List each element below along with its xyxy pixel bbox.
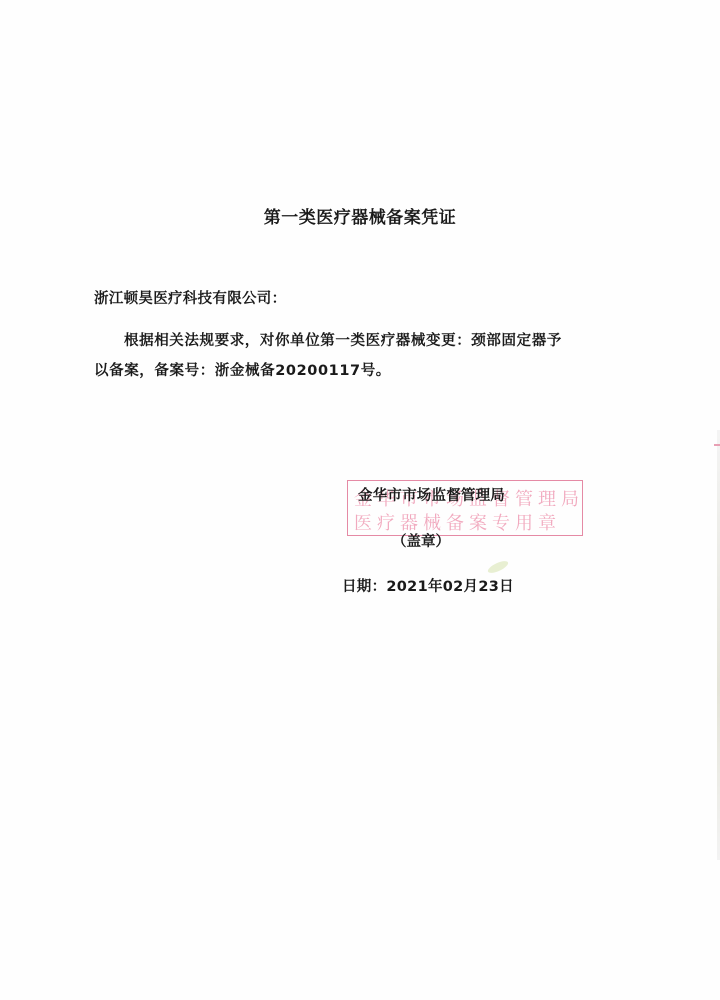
issuer-name: 金华市市场监督管理局 <box>358 484 505 505</box>
document-title: 第一类医疗器械备案凭证 <box>0 203 720 228</box>
scan-smudge <box>486 559 509 576</box>
body-line-2: 以备案，备案号：浙金械备20200117号。 <box>94 356 614 386</box>
body-line-1-text: 根据相关法规要求，对你单位第一类医疗器械变更：颈部固定器予 <box>124 333 562 349</box>
document-page: 第一类医疗器械备案凭证 浙江顿昊医疗科技有限公司： 根据相关法规要求，对你单位第… <box>0 0 720 1000</box>
scan-edge-mark <box>714 444 720 446</box>
seal-note: （盖章） <box>392 530 450 551</box>
body-text: 根据相关法规要求，对你单位第一类医疗器械变更：颈部固定器予 以备案，备案号：浙金… <box>94 326 614 386</box>
addressee: 浙江顿昊医疗科技有限公司： <box>94 287 286 308</box>
issue-date: 日期：2021年02月23日 <box>342 575 514 596</box>
body-line-1: 根据相关法规要求，对你单位第一类医疗器械变更：颈部固定器予 <box>94 326 614 356</box>
stamp-line-2: 医疗器械备案专用章 <box>354 509 580 535</box>
